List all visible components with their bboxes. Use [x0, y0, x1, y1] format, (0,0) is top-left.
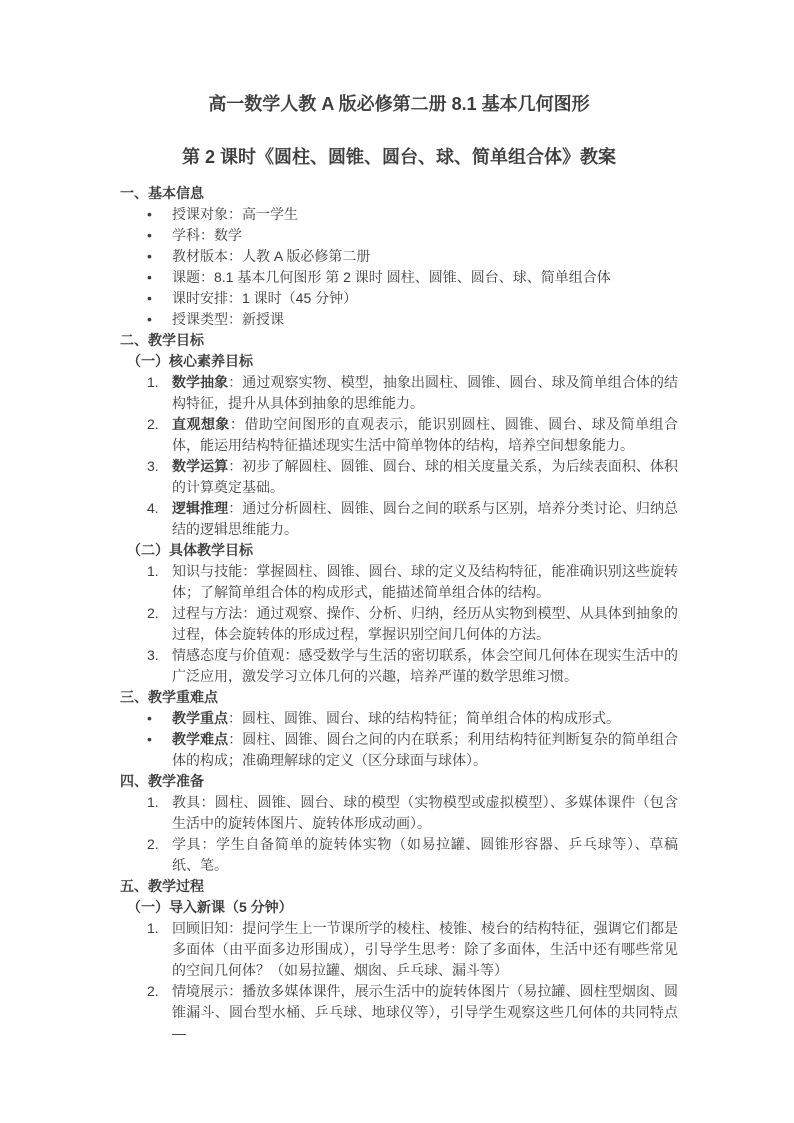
- item-text: ：通过观察实物、模型，抽象出圆柱、圆锥、圆台、球及简单组合体的结构特征，提升从具…: [172, 374, 678, 411]
- item-text: 情感态度与价值观：感受数学与生活的密切联系，体会空间几何体在现实生活中的广泛应用…: [172, 647, 678, 684]
- item-text: 学科：数学: [172, 227, 242, 243]
- item-label: 数学运算: [172, 458, 228, 474]
- numbered-item: 2.学具：学生自备简单的旋转体实物（如易拉罐、圆锥形容器、乒乓球等）、草稿纸、笔…: [120, 834, 678, 876]
- item-number: 3.: [147, 456, 159, 477]
- bullet-icon: •: [147, 288, 152, 309]
- numbered-item: 2.情境展示：播放多媒体课件，展示生活中的旋转体图片（易拉罐、圆柱型烟囱、圆锥漏…: [120, 981, 678, 1044]
- item-label: 教学重点: [172, 710, 228, 726]
- item-text: ：初步了解圆柱、圆锥、圆台、球的相关度量关系，为后续表面积、体积的计算奠定基础。: [172, 458, 678, 495]
- bullet-icon: •: [147, 225, 152, 246]
- item-text: 教具：圆柱、圆锥、圆台、球的模型（实物模型或虚拟模型）、多媒体课件（包含生活中的…: [172, 794, 678, 831]
- lesson-intro-list: 1.回顾旧知：提问学生上一节课所学的棱柱、棱锥、棱台的结构特征，强调它们都是多面…: [120, 918, 678, 1044]
- item-text: ：圆柱、圆锥、圆台、球的结构特征；简单组合体的构成形式。: [228, 710, 620, 726]
- item-text: ：圆柱、圆锥、圆台之间的内在联系；利用结构特征判断复杂的简单组合体的构成；准确理…: [172, 731, 678, 768]
- bullet-icon: •: [147, 729, 152, 750]
- bullet-item: •教学难点：圆柱、圆锥、圆台之间的内在联系；利用结构特征判断复杂的简单组合体的构…: [120, 729, 678, 771]
- item-number: 2.: [147, 981, 159, 1002]
- bullet-icon: •: [147, 246, 152, 267]
- core-literacy-list: 1.数学抽象：通过观察实物、模型，抽象出圆柱、圆锥、圆台、球及简单组合体的结构特…: [120, 372, 678, 540]
- doc-title-line1: 高一数学人教 A 版必修第二册 8.1 基本几何图形: [120, 92, 678, 116]
- item-number: 1.: [147, 918, 159, 939]
- bullet-icon: •: [147, 204, 152, 225]
- document-page: 高一数学人教 A 版必修第二册 8.1 基本几何图形 第 2 课时《圆柱、圆锥、…: [0, 0, 794, 1123]
- item-text: ：借助空间图形的直观表示，能识别圆柱、圆锥、圆台、球及简单组合体，能运用结构特征…: [172, 416, 678, 453]
- item-text: 回顾旧知：提问学生上一节课所学的棱柱、棱锥、棱台的结构特征，强调它们都是多面体（…: [172, 920, 678, 978]
- bullet-item: •教材版本：人教 A 版必修第二册: [120, 246, 678, 267]
- bullet-item: •授课类型：新授课: [120, 309, 678, 330]
- bullet-item: •教学重点：圆柱、圆锥、圆台、球的结构特征；简单组合体的构成形式。: [120, 708, 678, 729]
- subsection-heading-specific-goals: （二）具体教学目标: [120, 540, 678, 561]
- item-text: 授课类型：新授课: [172, 311, 284, 327]
- bullet-item: •课时安排：1 课时（45 分钟）: [120, 288, 678, 309]
- item-text: ：通过分析圆柱、圆锥、圆台之间的联系与区别，培养分类讨论、归纳总结的逻辑思维能力…: [172, 500, 678, 537]
- item-text: 课时安排：1 课时（45 分钟）: [172, 290, 357, 306]
- bullet-icon: •: [147, 267, 152, 288]
- section-heading-key-points: 三、教学重难点: [120, 687, 678, 708]
- key-points-list: •教学重点：圆柱、圆锥、圆台、球的结构特征；简单组合体的构成形式。 •教学难点：…: [120, 708, 678, 771]
- preparation-list: 1.教具：圆柱、圆锥、圆台、球的模型（实物模型或虚拟模型）、多媒体课件（包含生活…: [120, 792, 678, 876]
- item-number: 1.: [147, 372, 159, 393]
- bullet-icon: •: [147, 708, 152, 729]
- section-heading-process: 五、教学过程: [120, 876, 678, 897]
- basic-info-list: •授课对象：高一学生 •学科：数学 •教材版本：人教 A 版必修第二册 •课题：…: [120, 204, 678, 330]
- item-text: 授课对象：高一学生: [172, 206, 298, 222]
- item-text: 知识与技能：掌握圆柱、圆锥、圆台、球的定义及结构特征，能准确识别这些旋转体；了解…: [172, 563, 678, 600]
- item-number: 1.: [147, 792, 159, 813]
- numbered-item: 3.数学运算：初步了解圆柱、圆锥、圆台、球的相关度量关系，为后续表面积、体积的计…: [120, 456, 678, 498]
- section-heading-teaching-goals: 二、教学目标: [120, 330, 678, 351]
- item-number: 4.: [147, 498, 159, 519]
- item-number: 1.: [147, 561, 159, 582]
- item-number: 2.: [147, 414, 159, 435]
- section-heading-basic-info: 一、基本信息: [120, 183, 678, 204]
- item-number: 2.: [147, 834, 159, 855]
- item-text: 教材版本：人教 A 版必修第二册: [172, 248, 370, 264]
- numbered-item: 1.知识与技能：掌握圆柱、圆锥、圆台、球的定义及结构特征，能准确识别这些旋转体；…: [120, 561, 678, 603]
- item-text: 课题：8.1 基本几何图形 第 2 课时 圆柱、圆锥、圆台、球、简单组合体: [172, 269, 611, 285]
- subsection-heading-core-literacy: （一）核心素养目标: [120, 351, 678, 372]
- bullet-item: •课题：8.1 基本几何图形 第 2 课时 圆柱、圆锥、圆台、球、简单组合体: [120, 267, 678, 288]
- doc-title-line2: 第 2 课时《圆柱、圆锥、圆台、球、简单组合体》教案: [120, 145, 678, 169]
- bullet-item: •授课对象：高一学生: [120, 204, 678, 225]
- item-number: 3.: [147, 645, 159, 666]
- item-label: 数学抽象: [172, 374, 228, 390]
- item-label: 直观想象: [172, 416, 230, 432]
- item-label: 教学难点: [172, 731, 228, 747]
- numbered-item: 3.情感态度与价值观：感受数学与生活的密切联系，体会空间几何体在现实生活中的广泛…: [120, 645, 678, 687]
- specific-goals-list: 1.知识与技能：掌握圆柱、圆锥、圆台、球的定义及结构特征，能准确识别这些旋转体；…: [120, 561, 678, 687]
- numbered-item: 2.过程与方法：通过观察、操作、分析、归纳，经历从实物到模型、从具体到抽象的过程…: [120, 603, 678, 645]
- numbered-item: 1.回顾旧知：提问学生上一节课所学的棱柱、棱锥、棱台的结构特征，强调它们都是多面…: [120, 918, 678, 981]
- bullet-icon: •: [147, 309, 152, 330]
- item-label: 逻辑推理: [172, 500, 228, 516]
- numbered-item: 1.数学抽象：通过观察实物、模型，抽象出圆柱、圆锥、圆台、球及简单组合体的结构特…: [120, 372, 678, 414]
- item-text: 过程与方法：通过观察、操作、分析、归纳，经历从实物到模型、从具体到抽象的过程，体…: [172, 605, 678, 642]
- numbered-item: 2.直观想象：借助空间图形的直观表示，能识别圆柱、圆锥、圆台、球及简单组合体，能…: [120, 414, 678, 456]
- section-heading-preparation: 四、教学准备: [120, 771, 678, 792]
- numbered-item: 1.教具：圆柱、圆锥、圆台、球的模型（实物模型或虚拟模型）、多媒体课件（包含生活…: [120, 792, 678, 834]
- item-text: 情境展示：播放多媒体课件，展示生活中的旋转体图片（易拉罐、圆柱型烟囱、圆锥漏斗、…: [172, 983, 678, 1041]
- bullet-item: •学科：数学: [120, 225, 678, 246]
- item-number: 2.: [147, 603, 159, 624]
- item-text: 学具：学生自备简单的旋转体实物（如易拉罐、圆锥形容器、乒乓球等）、草稿纸、笔。: [172, 836, 678, 873]
- subsection-heading-lesson-intro: （一）导入新课（5 分钟）: [120, 897, 678, 918]
- numbered-item: 4.逻辑推理：通过分析圆柱、圆锥、圆台之间的联系与区别，培养分类讨论、归纳总结的…: [120, 498, 678, 540]
